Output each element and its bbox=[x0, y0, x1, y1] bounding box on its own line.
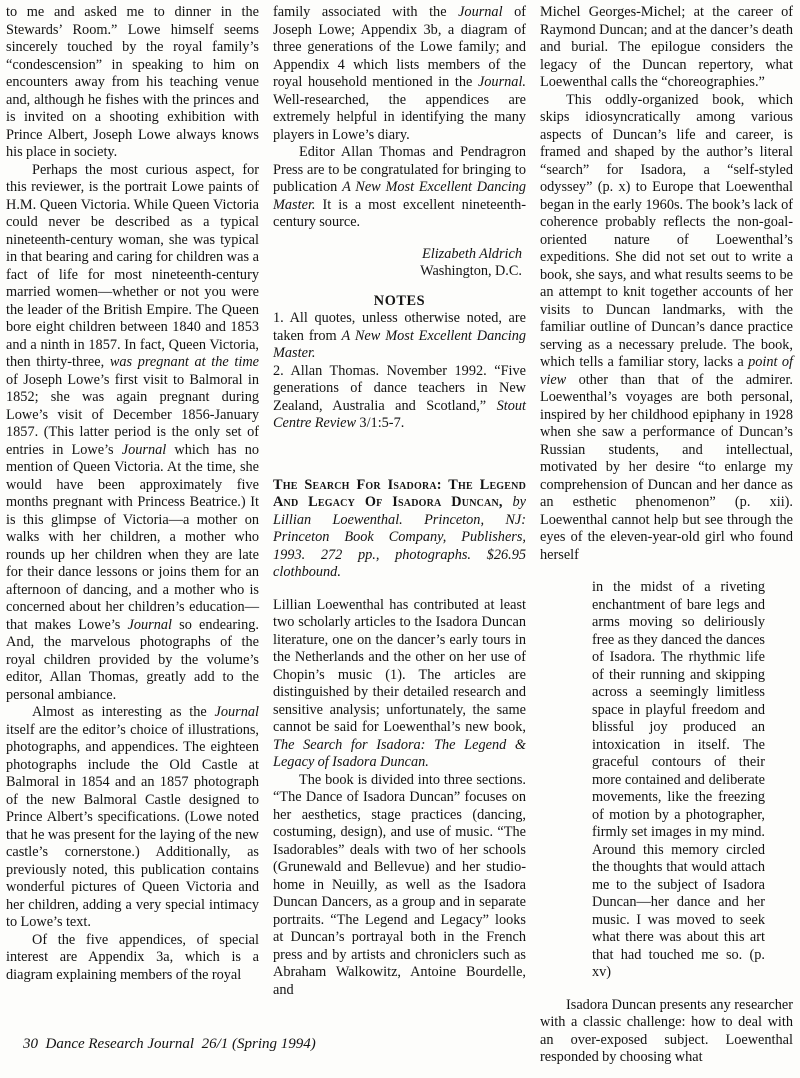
footer-text: 30 Dance Research Journal 26/1 (Spring 1… bbox=[23, 1036, 316, 1052]
text-segment: Michel Georges-Michel; at the career of … bbox=[540, 4, 793, 90]
note: 1. All quotes, unless otherwise noted, a… bbox=[273, 310, 526, 363]
paragraph: Michel Georges-Michel; at the career of … bbox=[540, 4, 793, 92]
page-footer: 30 Dance Research Journal 26/1 (Spring 1… bbox=[8, 1019, 316, 1070]
paragraph: Lillian Loewenthal has contributed at le… bbox=[273, 597, 526, 772]
journal-page: to me and asked me to dinner in the Stew… bbox=[0, 0, 800, 1078]
text-segment: NOTES bbox=[374, 293, 425, 309]
paragraph-indent: Isadora Duncan presents any researcher w… bbox=[540, 997, 793, 1067]
text-segment: Almost as interesting as the bbox=[32, 704, 215, 720]
text-segment: Washington, D.C. bbox=[420, 263, 522, 279]
text-segment: The Search for Isadora: The Legend & Leg… bbox=[273, 737, 526, 771]
text-columns: to me and asked me to dinner in the Stew… bbox=[6, 4, 794, 1067]
note: 2. Allan Thomas. November 1992. “Five ge… bbox=[273, 363, 526, 433]
paragraph-indent: Of the five appendices, of special inter… bbox=[6, 932, 259, 985]
paragraph-indent: Almost as interesting as the Journal its… bbox=[6, 704, 259, 932]
text-segment: Journal bbox=[215, 704, 259, 720]
text-segment: The book is divided into three sections.… bbox=[273, 772, 526, 998]
text-segment: family associated with the bbox=[273, 4, 458, 20]
text-segment: itself are the editor’s choice of illust… bbox=[6, 722, 259, 931]
text-segment: Perhaps the most curious aspect, for thi… bbox=[6, 162, 259, 371]
byline-place: Washington, D.C. bbox=[273, 263, 526, 281]
text-segment: in the midst of a riveting enchantment o… bbox=[592, 579, 765, 980]
notes-heading: NOTES bbox=[273, 293, 526, 311]
text-segment: Well-researched, the appendices are extr… bbox=[273, 92, 526, 143]
text-segment: Of the five appendices, of special inter… bbox=[6, 932, 259, 983]
text-segment: which has no mention of Queen Victoria. … bbox=[6, 442, 259, 633]
column-2: family associated with the Journal of Jo… bbox=[273, 4, 526, 999]
paragraph-indent: Perhaps the most curious aspect, for thi… bbox=[6, 162, 259, 705]
text-segment: Journal bbox=[122, 442, 166, 458]
paragraph-indent: This oddly-organized book, which skips i… bbox=[540, 92, 793, 565]
text-segment: Journal bbox=[458, 4, 502, 20]
column-1: to me and asked me to dinner in the Stew… bbox=[6, 4, 259, 984]
text-segment: other than that of the admirer. Loewenth… bbox=[540, 372, 793, 563]
text-segment: The Search For Isadora: The Legend And L… bbox=[273, 477, 526, 511]
paragraph: to me and asked me to dinner in the Stew… bbox=[6, 4, 259, 162]
text-segment: Journal bbox=[128, 617, 172, 633]
text-segment: was pregnant at the time bbox=[110, 354, 259, 370]
text-segment: Elizabeth Aldrich bbox=[422, 246, 522, 262]
paragraph: family associated with the Journal of Jo… bbox=[273, 4, 526, 144]
text-segment: Journal. bbox=[478, 74, 526, 90]
column-3: Michel Georges-Michel; at the career of … bbox=[540, 4, 793, 1067]
text-segment: to me and asked me to dinner in the Stew… bbox=[6, 4, 259, 160]
blockquote: in the midst of a riveting enchantment o… bbox=[592, 579, 765, 982]
text-segment: Isadora Duncan presents any researcher w… bbox=[540, 997, 793, 1066]
text-segment: 2. Allan Thomas. November 1992. “Five ge… bbox=[273, 363, 526, 414]
text-segment: This oddly-organized book, which skips i… bbox=[540, 92, 793, 371]
paragraph-indent: Editor Allan Thomas and Pendragron Press… bbox=[273, 144, 526, 232]
text-segment: Lillian Loewenthal has contributed at le… bbox=[273, 597, 526, 736]
paragraph-indent: The book is divided into three sections.… bbox=[273, 772, 526, 1000]
byline-name: Elizabeth Aldrich bbox=[273, 246, 526, 264]
review-heading: The Search For Isadora: The Legend And L… bbox=[273, 477, 526, 582]
text-segment: 3/1:5-7. bbox=[356, 415, 404, 431]
